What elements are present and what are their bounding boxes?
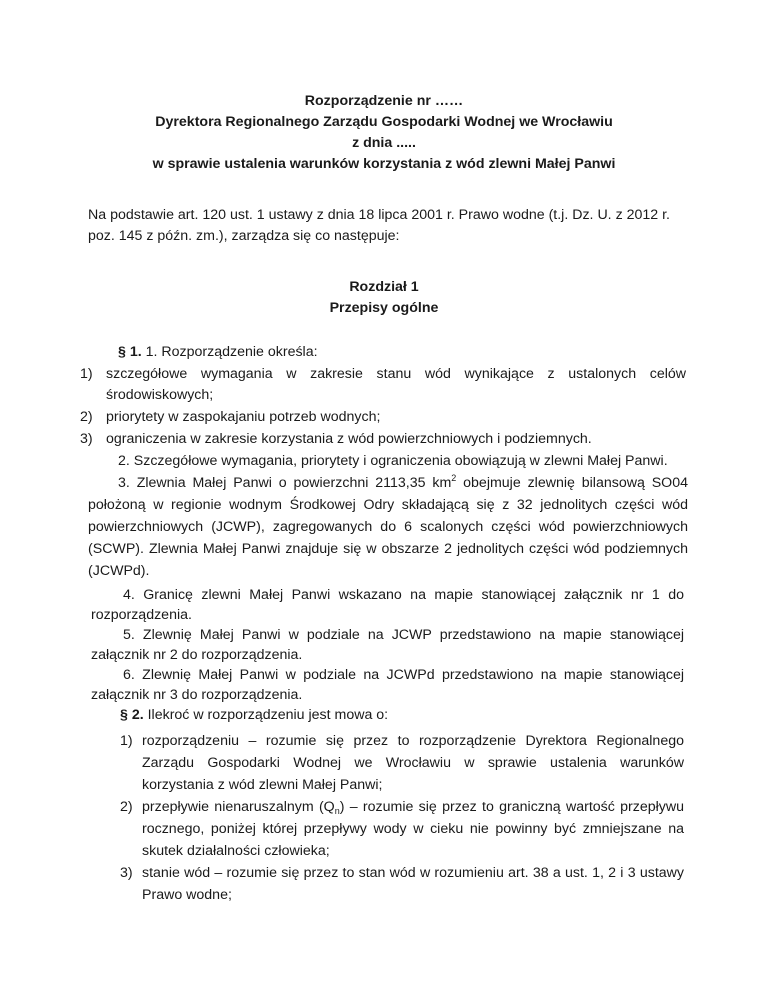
section-1-paragraph-4-line-2: rozporządzenia.	[91, 606, 192, 624]
section-1-item-1-num: 1)	[80, 365, 93, 383]
section-1-paragraph-3-line-2: położoną w regionie wodnym Środkowej Odr…	[88, 496, 688, 514]
section-1-paragraph-2: 2. Szczegółowe wymagania, priorytety i o…	[118, 452, 668, 470]
section-2-item-2-line-2: rocznego, poniżej której przepływy wody …	[142, 820, 684, 838]
section-1-paragraph-5-line-1: 5. Zlewnię Małej Panwi w podziale na JCW…	[123, 626, 684, 644]
section-1-item-2-num: 2)	[80, 408, 93, 426]
section-1-item-3-text: ograniczenia w zakresie korzystania z wó…	[106, 430, 592, 448]
section-2-heading: § 2. Ilekroć w rozporządzeniu jest mowa …	[120, 706, 388, 724]
title-line-2: Dyrektora Regionalnego Zarządu Gospodark…	[0, 113, 768, 131]
section-2-item-1-num: 1)	[120, 732, 133, 750]
section-1-paragraph-3-line-1: 3. Zlewnia Małej Panwi o powierzchni 211…	[118, 474, 688, 492]
chapter-title: Przepisy ogólne	[0, 299, 768, 317]
item-2-text-a: przepływie nienaruszalnym (Q	[142, 799, 335, 815]
section-2-item-2-line-3: skutek działalności człowieka;	[142, 842, 330, 860]
preamble-line-2: poz. 145 z późn. zm.), zarządza się co n…	[88, 227, 400, 245]
section-1-paragraph-6-line-1: 6. Zlewnię Małej Panwi w podziale na JCW…	[123, 666, 684, 684]
section-1-paragraph-3-line-4: (SCWP). Zlewnia Małej Panwi znajduje się…	[88, 540, 688, 558]
section-1-item-1-line-2: środowiskowych;	[106, 386, 213, 404]
p3-text-a: 3. Zlewnia Małej Panwi o powierzchni 211…	[118, 475, 451, 491]
section-1-mark: § 1.	[118, 344, 142, 360]
section-2-item-3-num: 3)	[120, 864, 133, 882]
section-2-item-2-line-1: przepływie nienaruszalnym (Qn) – rozumie…	[142, 798, 684, 816]
section-2-mark: § 2.	[120, 707, 144, 723]
section-1-intro: 1. Rozporządzenie określa:	[142, 344, 318, 360]
section-1-paragraph-6-line-2: załącznik nr 3 do rozporządzenia.	[91, 686, 302, 704]
section-2-item-1-line-2: Zarządu Gospodarki Wodnej we Wrocławiu w…	[142, 754, 684, 772]
title-line-4: w sprawie ustalenia warunków korzystania…	[0, 155, 768, 173]
chapter-number: Rozdział 1	[0, 278, 768, 296]
section-1-paragraph-5-line-2: załącznik nr 2 do rozporządzenia.	[91, 646, 302, 664]
section-1-paragraph-3-line-3: powierzchniowych (JCWP), zagregowanych d…	[88, 518, 688, 536]
section-1-item-1-line-1: szczegółowe wymagania w zakresie stanu w…	[106, 365, 686, 383]
preamble-line-1: Na podstawie art. 120 ust. 1 ustawy z dn…	[88, 206, 670, 224]
item-2-text-b: ) – rozumie się przez to graniczną warto…	[340, 799, 684, 815]
section-1-item-2-text: priorytety w zaspokajaniu potrzeb wodnyc…	[106, 408, 380, 426]
section-2-item-3-line-2: Prawo wodne;	[142, 886, 232, 904]
section-2-item-2-num: 2)	[120, 798, 133, 816]
section-1-paragraph-3-line-5: (JCWPd).	[88, 562, 149, 580]
section-2-item-1-line-3: korzystania z wód zlewni Małej Panwi;	[142, 776, 383, 794]
title-line-1: Rozporządzenie nr ……	[0, 92, 768, 110]
section-2-item-3-line-1: stanie wód – rozumie się przez to stan w…	[142, 864, 684, 882]
section-2-intro: Ilekroć w rozporządzeniu jest mowa o:	[144, 707, 388, 723]
title-line-3: z dnia .....	[0, 134, 768, 152]
section-1-heading: § 1. 1. Rozporządzenie określa:	[118, 343, 318, 361]
p3-text-b: obejmuje zlewnię bilansową SO04	[456, 475, 688, 491]
section-2-item-1-line-1: rozporządzeniu – rozumie się przez to ro…	[142, 732, 684, 750]
section-1-item-3-num: 3)	[80, 430, 93, 448]
section-1-paragraph-4-line-1: 4. Granicę zlewni Małej Panwi wskazano n…	[123, 586, 684, 604]
